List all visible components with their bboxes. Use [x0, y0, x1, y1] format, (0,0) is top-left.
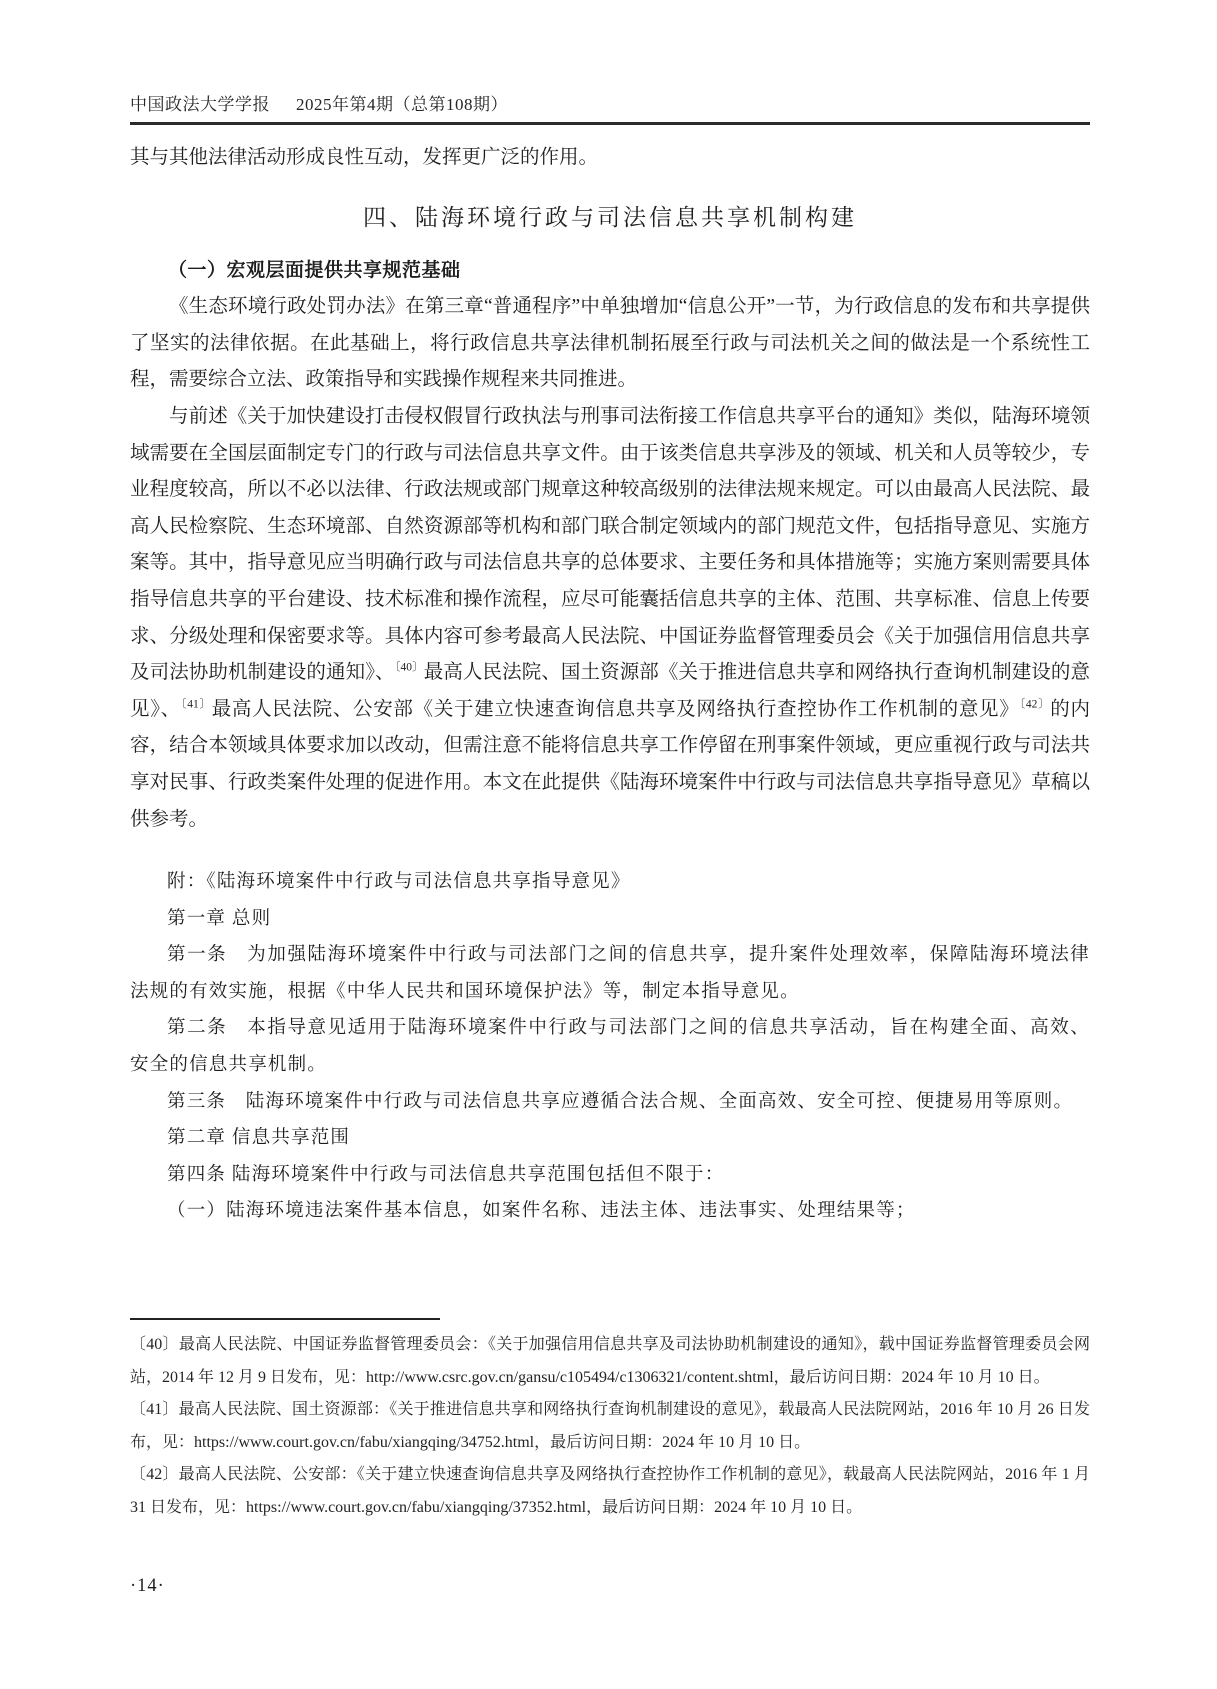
attachment-line: 第二条 本指导意见适用于陆海环境案件中行政与司法部门之间的信息共享活动，旨在构建…	[130, 1010, 1090, 1083]
attachment-line: 第二章 信息共享范围	[130, 1120, 1090, 1157]
footnote-separator	[130, 1318, 440, 1320]
journal-page: 中国政法大学学报2025年第4期（总第108期） 其与其他法律活动形成良性互动，…	[0, 0, 1217, 1689]
attachment-line: 附：《陆海环境案件中行政与司法信息共享指导意见》	[130, 864, 1090, 901]
attachment-line: 第一章 总则	[130, 901, 1090, 938]
page-number: ·14·	[130, 1576, 165, 1597]
attachment-draft-guideline: 附：《陆海环境案件中行政与司法信息共享指导意见》第一章 总则第一条 为加强陆海环…	[130, 864, 1090, 1230]
footnote-section: 〔40〕最高人民法院、中国证券监督管理委员会：《关于加强信用信息共享及司法协助机…	[130, 1318, 1090, 1524]
footnote-item: 〔41〕最高人民法院、国土资源部：《关于推进信息共享和网络执行查询机制建设的意见…	[130, 1394, 1090, 1459]
article-body: 其与其他法律活动形成良性互动，发挥更广泛的作用。 四、陆海环境行政与司法信息共享…	[130, 140, 1090, 1230]
issue-info: 2025年第4期（总第108期）	[296, 95, 508, 114]
footnote-marker: 〔42〕	[1019, 698, 1050, 710]
attachment-line: 第四条 陆海环境案件中行政与司法信息共享范围包括但不限于：	[130, 1157, 1090, 1194]
text-segment: 与前述《关于加快建设打击侵权假冒行政执法与刑事司法衔接工作信息共享平台的通知》类…	[130, 406, 1090, 683]
footnote-marker: 〔40〕	[395, 662, 424, 674]
subsection-title: （一）宏观层面提供共享规范基础	[130, 253, 1090, 290]
header-rule	[130, 122, 1090, 125]
attachment-line: （一）陆海环境违法案件基本信息，如案件名称、违法主体、违法事实、处理结果等；	[130, 1193, 1090, 1230]
footnote-item: 〔42〕最高人民法院、公安部：《关于建立快速查询信息共享及网络执行查控协作工作机…	[130, 1459, 1090, 1524]
journal-title: 中国政法大学学报	[130, 95, 270, 114]
footnote-marker: 〔41〕	[181, 698, 212, 710]
footnote-item: 〔40〕最高人民法院、中国证券监督管理委员会：《关于加强信用信息共享及司法协助机…	[130, 1329, 1090, 1394]
attachment-line: 第一条 为加强陆海环境案件中行政与司法部门之间的信息共享，提升案件处理效率，保障…	[130, 937, 1090, 1010]
lead-paragraph: 其与其他法律活动形成良性互动，发挥更广泛的作用。	[130, 140, 1090, 177]
paragraph-2: 与前述《关于加快建设打击侵权假冒行政执法与刑事司法衔接工作信息共享平台的通知》类…	[130, 399, 1090, 838]
running-head: 中国政法大学学报2025年第4期（总第108期）	[130, 90, 1090, 115]
footnote-list: 〔40〕最高人民法院、中国证券监督管理委员会：《关于加强信用信息共享及司法协助机…	[130, 1329, 1090, 1524]
text-segment: 最高人民法院、公安部《关于建立快速查询信息共享及网络执行查控协作工作机制的意见》	[212, 699, 1020, 720]
paragraph-1: 《生态环境行政处罚办法》在第三章“普通程序”中单独增加“信息公开”一节，为行政信…	[130, 289, 1090, 399]
section-title: 四、陆海环境行政与司法信息共享机制构建	[130, 198, 1090, 238]
attachment-line: 第三条 陆海环境案件中行政与司法信息共享应遵循合法合规、全面高效、安全可控、便捷…	[130, 1084, 1090, 1121]
